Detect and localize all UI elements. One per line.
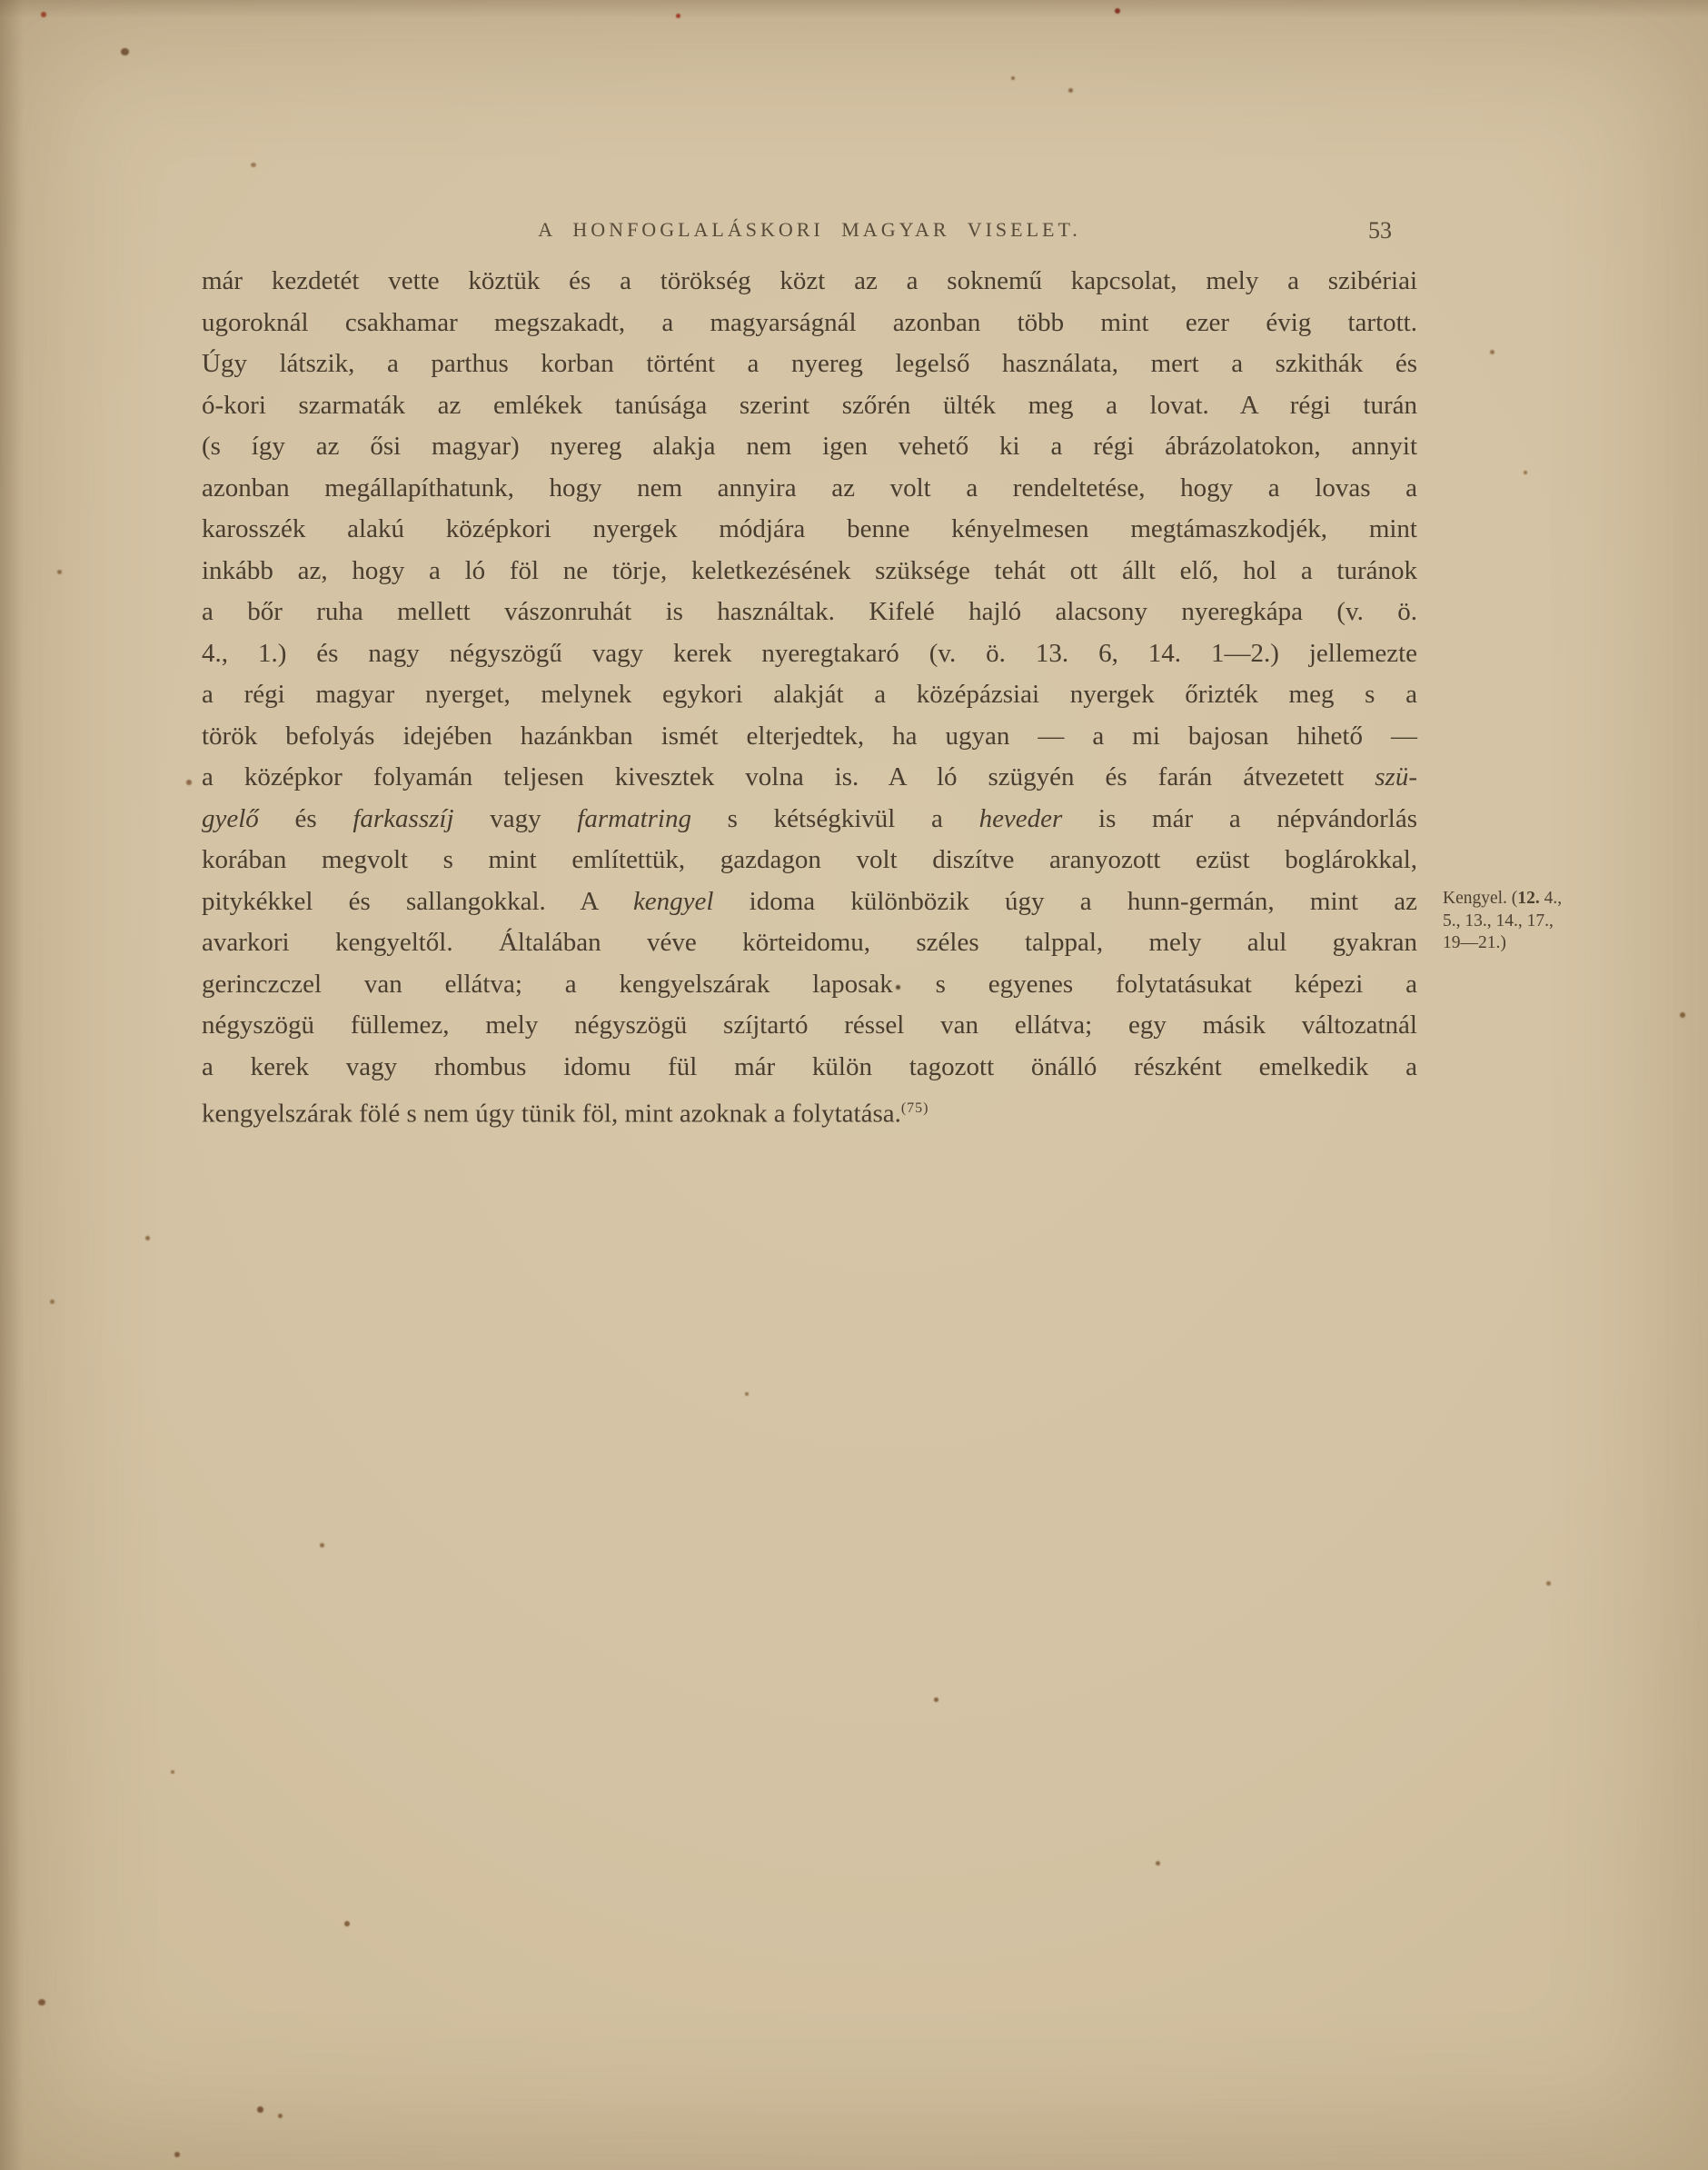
stain-spot [257, 2106, 263, 2113]
stain-spot [50, 1299, 55, 1304]
stain-spot [1680, 1012, 1685, 1018]
text-segment: is már a népvándorlás [1062, 804, 1417, 833]
text-line: 19—21.) [1443, 932, 1690, 955]
text-line: ugoroknál csakhamar megszakadt, a magyar… [202, 303, 1417, 344]
stain-spot [1524, 471, 1527, 474]
text-segment: a bőr ruha mellett vászonruhát is haszná… [202, 597, 1417, 626]
text-segment: ugoroknál csakhamar megszakadt, a magyar… [202, 308, 1417, 337]
text-line: korában megvolt s mint említettük, gazda… [202, 840, 1417, 881]
text-segment: farkasszíj [353, 804, 453, 833]
text-segment: Úgy látszik, a parthus korban történt a … [202, 349, 1417, 378]
text-segment: gerinczczel van ellátva; a kengyelszárak… [202, 970, 1417, 999]
text-line: Úgy látszik, a parthus korban történt a … [202, 343, 1417, 385]
text-segment: farmatring [577, 804, 691, 833]
text-segment: szü- [1375, 762, 1417, 791]
stain-spot [1011, 76, 1015, 80]
stain-spot [171, 1770, 174, 1774]
text-line: török befolyás idejében hazánkban ismét … [202, 716, 1417, 758]
text-line: gyelő és farkasszíj vagy farmatring s ké… [202, 799, 1417, 841]
text-line: négyszögü füllemez, mely négyszögü szíjt… [202, 1005, 1417, 1047]
text-segment: 5., 13., 14., 17., [1443, 911, 1554, 931]
text-segment: 4., 1.) és nagy négyszögű vagy kerek nye… [202, 639, 1417, 668]
text-segment: pitykékkel és sallangokkal. A [202, 887, 633, 916]
text-line: 5., 13., 14., 17., [1443, 911, 1690, 933]
stain-spot [278, 2114, 283, 2118]
text-segment: avarkori kengyeltől. Általában véve kört… [202, 928, 1417, 957]
text-segment: a középkor folyamán teljesen kivesztek v… [202, 762, 1375, 791]
text-line: a kerek vagy rhombus idomu fül már külön… [202, 1047, 1417, 1089]
text-segment: már kezdetét vette köztük és a törökség … [202, 266, 1417, 295]
text-line: a középkor folyamán teljesen kivesztek v… [202, 757, 1417, 799]
text-line: a régi magyar nyerget, melynek egykori a… [202, 674, 1417, 716]
stain-spot [121, 48, 129, 55]
stain-spot [41, 12, 46, 17]
stain-spot [186, 780, 192, 785]
text-segment: korában megvolt s mint említettük, gazda… [202, 845, 1417, 874]
stain-spot [320, 1543, 324, 1548]
stain-spot [934, 1697, 938, 1702]
text-line: inkább az, hogy a ló föl ne törje, kelet… [202, 551, 1417, 592]
text-line: karosszék alakú középkori nyergek módjár… [202, 509, 1417, 551]
stain-spot [1546, 1581, 1551, 1586]
text-segment: Kengyel. ( [1443, 889, 1517, 908]
text-segment: kengyelszárak fölé s nem úgy tünik föl, … [202, 1100, 901, 1129]
stain-spot [38, 1999, 45, 2006]
text-segment: heveder [979, 804, 1063, 833]
text-line: avarkori kengyeltől. Általában véve kört… [202, 922, 1417, 964]
text-segment: négyszögü füllemez, mely négyszögü szíjt… [202, 1010, 1417, 1040]
text-line: azonban megállapíthatunk, hogy nem annyi… [202, 468, 1417, 510]
stain-spot [676, 14, 680, 18]
stain-spot [251, 163, 256, 167]
stain-spot [1156, 1861, 1160, 1866]
text-line: kengyelszárak fölé s nem úgy tünik föl, … [202, 1088, 1417, 1135]
stain-spot [145, 1236, 150, 1240]
text-segment: kengyel [633, 887, 714, 916]
text-line: gerinczczel van ellátva; a kengyelszárak… [202, 964, 1417, 1006]
stain-spot [1490, 350, 1494, 354]
text-line: ó-kori szarmaták az emlékek tanúsága sze… [202, 385, 1417, 427]
running-header: A HONFOGLALÁSKORI MAGYAR VISELET. [202, 218, 1417, 242]
text-segment: a régi magyar nyerget, melynek egykori a… [202, 680, 1417, 709]
text-segment: vagy [454, 804, 578, 833]
text-line: már kezdetét vette köztük és a törökség … [202, 261, 1417, 303]
body-paragraph: már kezdetét vette köztük és a törökség … [202, 261, 1417, 1135]
stain-spot [344, 1921, 350, 1926]
text-line: 4., 1.) és nagy négyszögű vagy kerek nye… [202, 633, 1417, 675]
text-segment: 12. [1517, 889, 1539, 908]
text-line: pitykékkel és sallangokkal. A kengyel id… [202, 881, 1417, 923]
page-header-title: A HONFOGLALÁSKORI MAGYAR VISELET. [538, 218, 1081, 241]
text-line: a bőr ruha mellett vászonruhát is haszná… [202, 592, 1417, 633]
text-segment: idoma különbözik úgy a hunn-germán, mint… [713, 887, 1417, 916]
page-number: 53 [1368, 217, 1392, 244]
text-segment: 19—21.) [1443, 933, 1506, 952]
stain-spot [1068, 88, 1073, 93]
text-segment: és [259, 804, 353, 833]
text-segment: azonban megállapíthatunk, hogy nem annyi… [202, 473, 1417, 503]
text-segment: török befolyás idejében hazánkban ismét … [202, 722, 1417, 751]
text-line: Kengyel. (12. 4., [1443, 888, 1690, 911]
text-segment: (s így az ősi magyar) nyereg alakja nem … [202, 432, 1417, 461]
stain-spot [174, 2152, 180, 2157]
book-page: A HONFOGLALÁSKORI MAGYAR VISELET. 53 már… [0, 0, 1708, 2170]
text-segment: ó-kori szarmaták az emlékek tanúsága sze… [202, 391, 1417, 420]
stain-spot [1115, 8, 1120, 14]
stain-spot [57, 570, 62, 574]
text-segment: 4., [1540, 889, 1562, 908]
text-segment: inkább az, hogy a ló föl ne törje, kelet… [202, 556, 1417, 585]
text-segment: gyelő [202, 804, 259, 833]
text-segment: (75) [901, 1100, 929, 1116]
text-segment: karosszék alakú középkori nyergek módjár… [202, 514, 1417, 543]
margin-note: Kengyel. (12. 4.,5., 13., 14., 17.,19—21… [1443, 888, 1690, 955]
text-segment: s kétségkivül a [691, 804, 979, 833]
stain-spot [745, 1392, 749, 1396]
text-line: (s így az ősi magyar) nyereg alakja nem … [202, 426, 1417, 468]
text-segment: a kerek vagy rhombus idomu fül már külön… [202, 1052, 1417, 1081]
